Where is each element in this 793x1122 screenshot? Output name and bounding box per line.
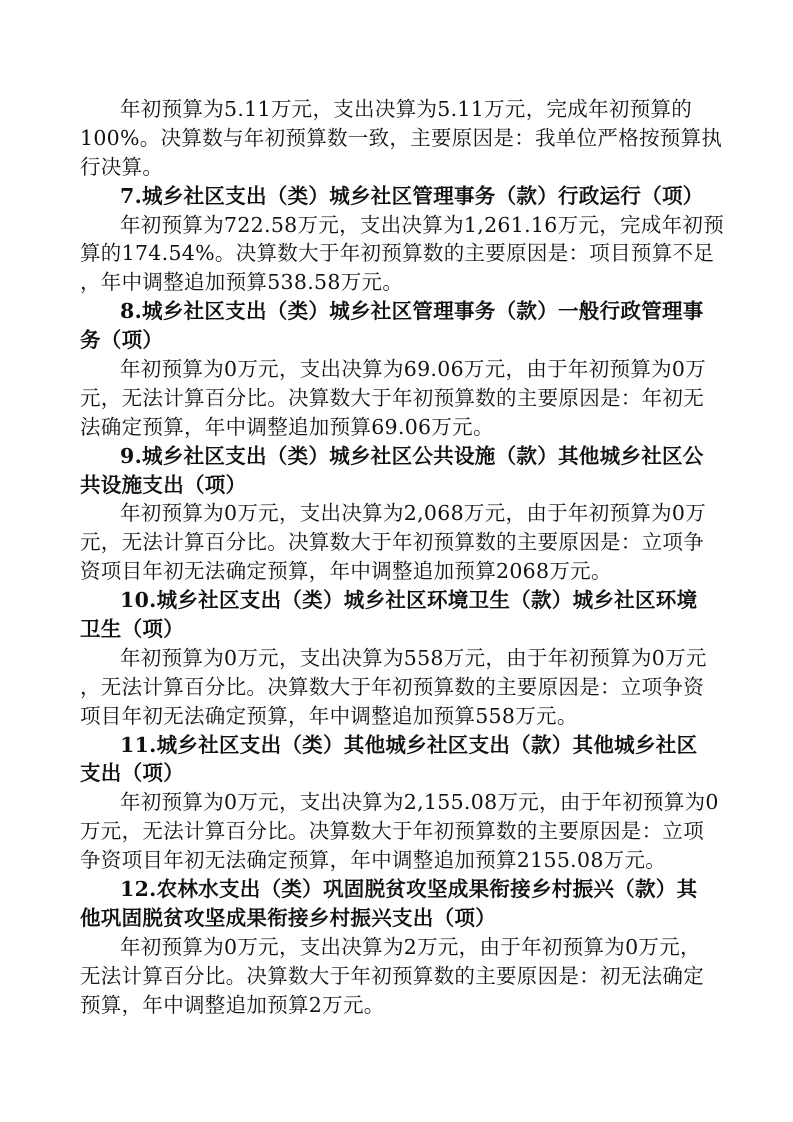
paragraph-line: 年初预算为5.11万元，支出决算为5.11万元，完成年初预算的 [80,95,720,124]
paragraph-line: 元，无法计算百分比。决算数大于年初预算数的主要原因是：年初无 [80,384,720,413]
paragraph-line: 年初预算为722.58万元，支出决算为1,261.16万元，完成年初预 [80,211,720,240]
paragraph-line: 预算，年中调整追加预算2万元。 [80,991,720,1020]
section-heading-line: 12.农林水支出（类）巩固脱贫攻坚成果衔接乡村振兴（款）其 [80,875,720,904]
paragraph-line: 年初预算为0万元，支出决算为2,155.08万元，由于年初预算为0 [80,788,720,817]
paragraph-line: 资项目年初无法确定预算，年中调整追加预算2068万元。 [80,557,720,586]
section-heading-line: 7.城乡社区支出（类）城乡社区管理事务（款）行政运行（项） [80,182,720,211]
section-heading-line: 10.城乡社区支出（类）城乡社区环境卫生（款）城乡社区环境 [80,586,720,615]
paragraph-line: ，年中调整追加预算538.58万元。 [80,268,720,297]
document-page: 年初预算为5.11万元，支出决算为5.11万元，完成年初预算的100%。决算数与… [80,95,720,1020]
paragraph-line: 行决算。 [80,153,720,182]
section-heading-line: 他巩固脱贫攻坚成果衔接乡村振兴支出（项） [80,904,720,933]
section-heading-line: 8.城乡社区支出（类）城乡社区管理事务（款）一般行政管理事 [80,297,720,326]
section-heading-line: 务（项） [80,326,720,355]
paragraph-line: 争资项目年初无法确定预算，年中调整追加预算2155.08万元。 [80,846,720,875]
section-heading-line: 9.城乡社区支出（类）城乡社区公共设施（款）其他城乡社区公 [80,442,720,471]
paragraph-line: 年初预算为0万元，支出决算为2万元，由于年初预算为0万元， [80,933,720,962]
section-heading-line: 11.城乡社区支出（类）其他城乡社区支出（款）其他城乡社区 [80,731,720,760]
paragraph-line: 算的174.54%。决算数大于年初预算数的主要原因是：项目预算不足 [80,239,720,268]
section-heading-line: 支出（项） [80,759,720,788]
paragraph-line: 年初预算为0万元，支出决算为69.06万元，由于年初预算为0万 [80,355,720,384]
section-heading-line: 卫生（项） [80,615,720,644]
paragraph-line: 法确定预算，年中调整追加预算69.06万元。 [80,413,720,442]
paragraph-line: 无法计算百分比。决算数大于年初预算数的主要原因是：初无法确定 [80,962,720,991]
paragraph-line: 元，无法计算百分比。决算数大于年初预算数的主要原因是：立项争 [80,528,720,557]
paragraph-line: 万元，无法计算百分比。决算数大于年初预算数的主要原因是：立项 [80,817,720,846]
paragraph-line: 100%。决算数与年初预算数一致，主要原因是：我单位严格按预算执 [80,124,720,153]
paragraph-line: 年初预算为0万元，支出决算为558万元，由于年初预算为0万元 [80,644,720,673]
paragraph-line: 项目年初无法确定预算，年中调整追加预算558万元。 [80,702,720,731]
section-heading-line: 共设施支出（项） [80,471,720,500]
paragraph-line: 年初预算为0万元，支出决算为2,068万元，由于年初预算为0万 [80,499,720,528]
paragraph-line: ，无法计算百分比。决算数大于年初预算数的主要原因是：立项争资 [80,673,720,702]
